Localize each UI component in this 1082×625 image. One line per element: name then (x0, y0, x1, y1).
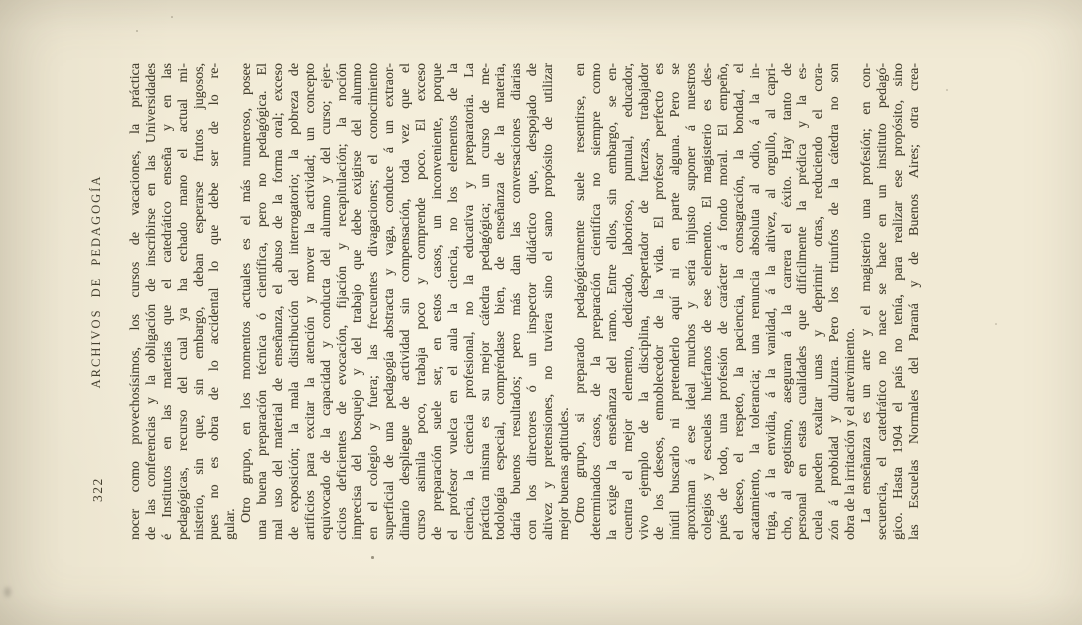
page-body-text: nocercomoprovechosísimos,loscursosdevaca… (128, 63, 923, 540)
text-line: secuencia,elcatedráticononacesehaceenuni… (875, 63, 891, 540)
text-line: equivocadodelacapacidadyconductadelalumn… (319, 63, 335, 540)
text-line: obra de la irritación y el atrevimiento. (843, 63, 859, 540)
text-line: prácticamismaessumejorcátedrapedagógica;… (478, 63, 494, 540)
text-line: puésdetodo,unaprofesióndecarácteráfondom… (716, 63, 732, 540)
text-line: cuelapuedenexaltarunasydeprimirotras,red… (811, 63, 827, 540)
paper-sheet: 322 ARCHIVOS DE PEDAGOGÍA nocercomoprove… (0, 0, 1082, 625)
text-line: ciencia,lacienciaprofesional,nolaeducati… (462, 63, 478, 540)
text-line: zónáprobidadydulzura.Perolostriunfosdela… (827, 63, 843, 540)
text-line: Laenseñanzaesunarteyelmagisteriounaprofe… (859, 63, 875, 540)
text-line: gico.Hasta1904elpaísnotenía,pararealizar… (891, 63, 907, 540)
text-line: unabuenapreparacióntécnicaócientífica,pe… (255, 63, 271, 540)
paper-speck (136, 30, 138, 32)
text-line: cho,alegotismo,aseguranálacarreraeléxito… (780, 63, 796, 540)
text-line: delosdeseos,ennoblecedordelavida.Elprofe… (652, 63, 668, 540)
text-line: todologíaespecial,compréndasebien,deense… (493, 63, 509, 540)
text-line: personalenestascualidadesquedifícilmente… (795, 63, 811, 540)
text-line: aproximanáeseidealmuchosyseríainjustosup… (684, 63, 700, 540)
text-line: triga,álaenvidia,álavanidad,álaaltivez,a… (764, 63, 780, 540)
text-line: conlosdirectoresóuninspectordidácticoque… (525, 63, 541, 540)
paper-speck (171, 17, 173, 19)
running-header-title: ARCHIVOS DE PEDAGOGÍA (89, 23, 104, 540)
paper-speck (946, 89, 948, 91)
text-line: deexposición;lamaladistribucióndelinterr… (287, 63, 303, 540)
text-line: daríabuenosresultados;peromásdanlasconve… (509, 63, 525, 540)
text-line: enelcolegioyfuera;lasfrecuentesdivagacio… (366, 63, 382, 540)
text-line: malusodelmaterialdeenseñanza,elabusodela… (271, 63, 287, 540)
text-line: éInstitutosenlasmateriasqueelcatedrático… (160, 63, 176, 540)
text-line: artificiosparaexcitarlaatenciónymoverlaa… (303, 63, 319, 540)
text-line: vivoejemplodeladisciplina,despertadordef… (637, 63, 653, 540)
text-line: lasEscuelasNormalesdelParanáydeBuenosAir… (907, 63, 923, 540)
text-line: determinadoscasos,delapreparacióncientíf… (589, 63, 605, 540)
text-line: imprecisadelbosquejoydeltrabajoquedebeex… (350, 63, 366, 540)
text-line: ciciosdeficientesdeevocación,fijaciónyre… (335, 63, 351, 540)
paper-smudge (4, 587, 11, 597)
text-line: cuentraelmejorelemento,dedicado,laborios… (621, 63, 637, 540)
text-line: Otrogrupo,sipreparadopedagógicamentesuel… (573, 63, 589, 540)
text-line: eldeseo,elrespeto,lapaciencia,laconsagra… (732, 63, 748, 540)
scanned-book-page: 322 ARCHIVOS DE PEDAGOGÍA nocercomoprove… (0, 0, 1082, 625)
text-line: altivezypretensiones,notuvierasinoelsano… (541, 63, 557, 540)
text-line: pedagógicas,recursodelcualyahaechadomano… (176, 63, 192, 540)
text-line: gular. (223, 63, 239, 540)
text-line: Otrogrupo,enlosmomentosactualeseselmásnu… (239, 63, 255, 540)
text-line: dinariodesplieguedeactividadsincompensac… (398, 63, 414, 540)
text-line: inútilbuscarlonipretenderloaquínienparte… (668, 63, 684, 540)
text-line: nocercomoprovechosísimos,loscursosdevaca… (128, 63, 144, 540)
text-line: acatamiento,latolerancia;unarenunciaabso… (748, 63, 764, 540)
text-line: delasconferenciasylaobligacióndeinscribi… (144, 63, 160, 540)
text-line: colegiosyescuelashuérfanosdeeseelemento.… (700, 63, 716, 540)
text-line: superficialdeunapedagogíaabstractayvaga,… (382, 63, 398, 540)
text-line: puesnoesobradeloaccidentalloquedebeserde… (207, 63, 223, 540)
paper-speck (700, 503, 702, 505)
text-line: depreparaciónsueleser,enestoscasos,uninc… (430, 63, 446, 540)
paper-speck (995, 323, 997, 325)
text-line: nisterio,sinque,sinembargo,debanesperars… (192, 63, 208, 540)
page-header: 322 ARCHIVOS DE PEDAGOGÍA (89, 63, 106, 540)
text-line: laexigelaenseñanzadelramo.Entreellos,sin… (605, 63, 621, 540)
paper-speck (371, 557, 374, 560)
text-line: cursoasimilapoco,trabajapocoycomprendepo… (414, 63, 430, 540)
text-line: elprofesorvuelcaenelaulalaciencia,nolose… (446, 63, 462, 540)
text-line: mejor buenas aptitudes. (557, 63, 573, 540)
